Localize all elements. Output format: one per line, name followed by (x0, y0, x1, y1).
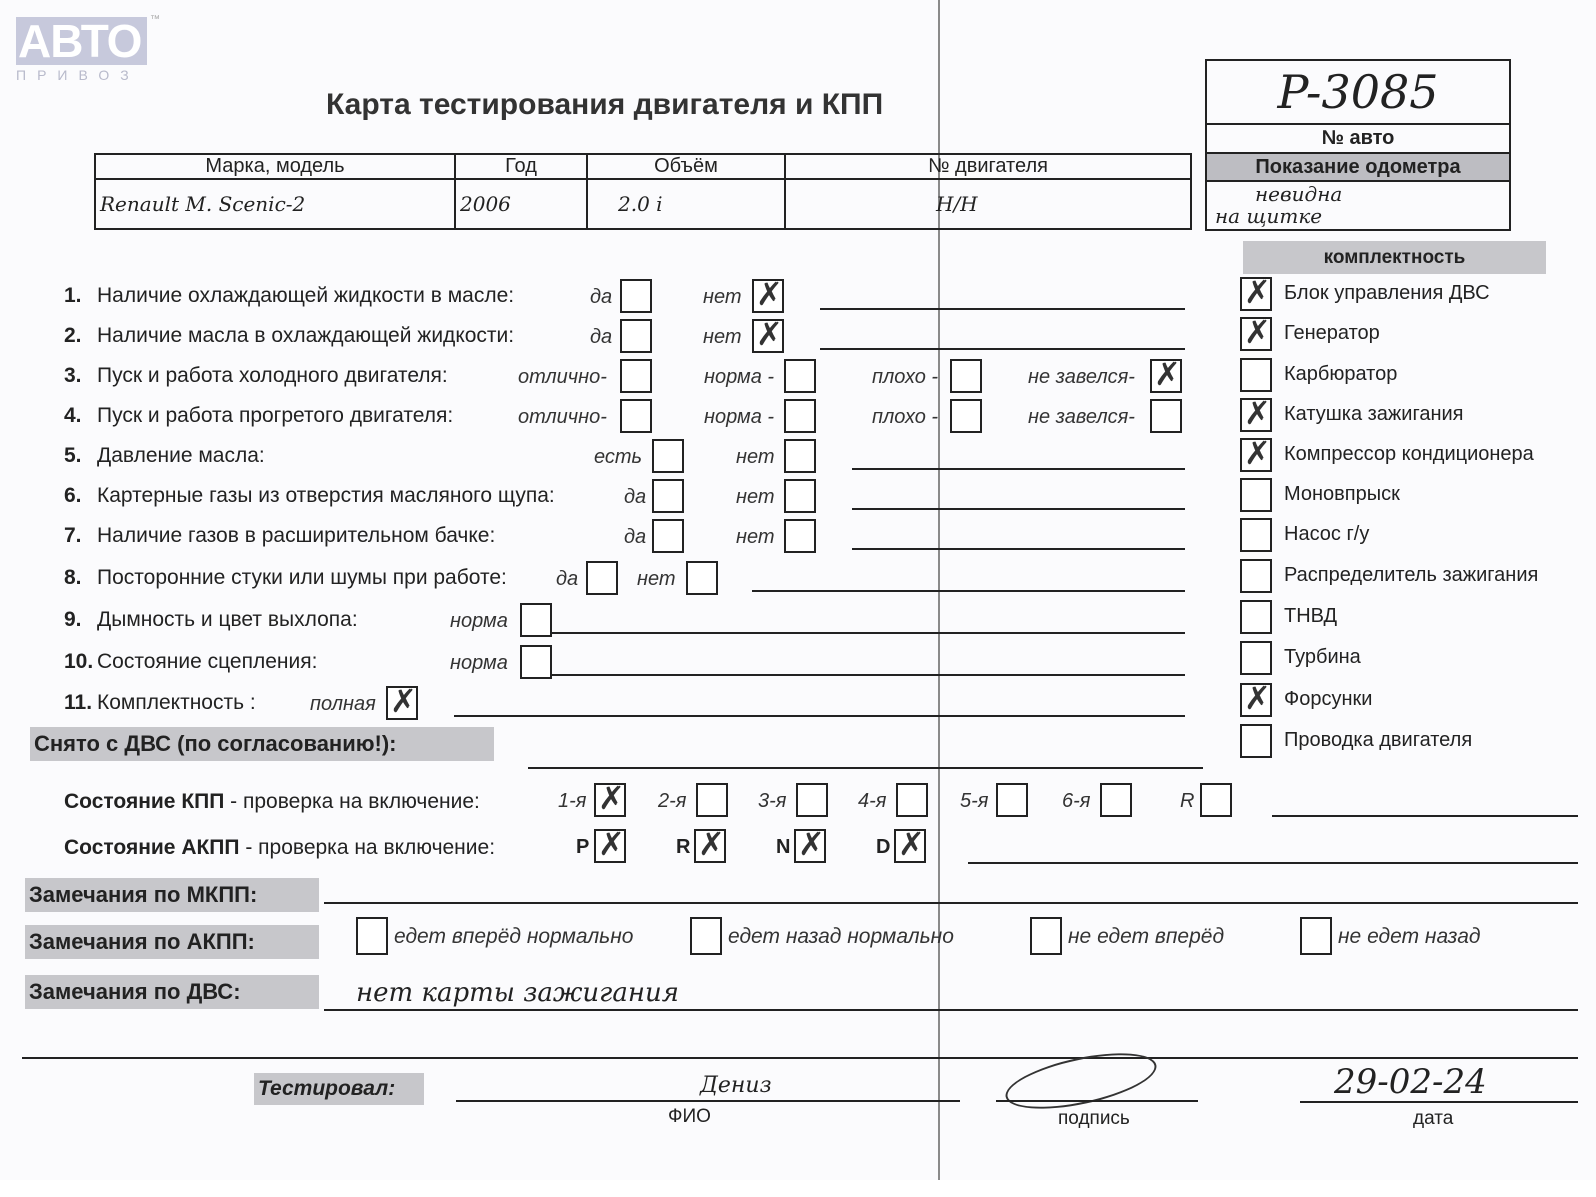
kit-item-label: Турбина (1284, 646, 1361, 669)
question-number: 6. (64, 484, 82, 508)
option-checkbox[interactable] (1150, 399, 1182, 433)
option-checkbox[interactable] (386, 686, 418, 720)
option-checkbox[interactable] (686, 561, 718, 595)
akpp-remark-label: едет назад нормально (728, 925, 954, 949)
option-checkbox[interactable] (620, 399, 652, 433)
question-number: 3. (64, 364, 82, 388)
question-number: 2. (64, 324, 82, 348)
question-text: Посторонние стуки или шумы при работе: (97, 566, 507, 590)
logo-sub: ПРИВОЗ (16, 67, 140, 83)
akpp-remark-checkbox[interactable] (356, 917, 388, 955)
option-label: полная (310, 693, 376, 716)
removed-line[interactable] (528, 767, 1203, 769)
mode-checkbox[interactable] (894, 829, 926, 863)
akpp-remarks-label: Замечания по АКПП: (25, 925, 319, 959)
mkpp-remarks-label: Замечания по МКПП: (25, 878, 319, 912)
option-checkbox[interactable] (620, 279, 652, 313)
manual-gearbox-line[interactable] (1272, 815, 1578, 817)
signature-caption: подпись (1058, 1108, 1130, 1130)
option-checkbox[interactable] (652, 439, 684, 473)
akpp-remark-label: не едет назад (1338, 925, 1480, 949)
question-number: 1. (64, 284, 82, 308)
date-line (1300, 1101, 1578, 1103)
mode-checkbox[interactable] (594, 829, 626, 863)
question-number: 8. (64, 566, 82, 590)
col-volume: Объём (587, 154, 785, 179)
gear-checkbox[interactable] (1100, 783, 1132, 817)
gear-label: 2-я (658, 790, 686, 813)
question-text: Давление масла: (97, 444, 265, 468)
auto-number-box: P-3085 № авто Показание одометра невидна… (1205, 59, 1511, 231)
kit-item-label: Насос г/у (1284, 523, 1369, 546)
option-label: нет (736, 526, 775, 549)
mode-label: D (876, 836, 890, 859)
comment-line[interactable] (852, 468, 1185, 470)
comment-line[interactable] (852, 548, 1185, 550)
kit-item-label: Компрессор кондиционера (1284, 443, 1534, 466)
kit-checkbox[interactable] (1240, 518, 1272, 552)
kit-checkbox[interactable] (1240, 683, 1272, 717)
option-checkbox[interactable] (652, 479, 684, 513)
kit-checkbox[interactable] (1240, 317, 1272, 351)
removed-label: Снято с ДВС (по согласованию!): (30, 727, 494, 761)
kit-checkbox[interactable] (1240, 559, 1272, 593)
comment-line[interactable] (454, 715, 1185, 717)
gear-checkbox[interactable] (996, 783, 1028, 817)
comment-line[interactable] (820, 308, 1185, 310)
tested-by-label: Тестировал: (254, 1073, 424, 1105)
kit-item-label: Катушка зажигания (1284, 403, 1464, 426)
tester-name-value[interactable]: Дениз (700, 1073, 772, 1098)
option-label: да (624, 486, 646, 509)
option-label: плохо - (872, 406, 938, 429)
option-checkbox[interactable] (620, 359, 652, 393)
option-checkbox[interactable] (784, 519, 816, 553)
year-value[interactable]: 2006 (455, 179, 587, 229)
option-label: норма (450, 610, 508, 633)
option-label: отлично- (518, 366, 607, 389)
gear-label: 6-я (1062, 790, 1090, 813)
option-label: норма - (704, 366, 774, 389)
option-label: да (556, 568, 578, 591)
gear-checkbox[interactable] (696, 783, 728, 817)
option-checkbox[interactable] (520, 645, 552, 679)
mkpp-remarks-line[interactable] (324, 902, 1578, 904)
kit-item-label: Блок управления ДВС (1284, 282, 1490, 305)
manual-gearbox-label: Состояние КПП - проверка на включение: (64, 790, 480, 814)
question-text: Комплектность : (97, 691, 256, 715)
question-text: Картерные газы из отверстия масляного щу… (97, 484, 555, 508)
auto-gearbox-line[interactable] (968, 862, 1578, 864)
signature-line (996, 1100, 1198, 1102)
option-label: нет (703, 326, 742, 349)
option-label: нет (637, 568, 676, 591)
engine-number-value[interactable]: H/H (785, 179, 1191, 229)
question-text: Пуск и работа прогретого двигателя: (97, 404, 453, 428)
kit-item-label: Карбюратор (1284, 363, 1397, 386)
odometer-value[interactable]: невидна на щитке (1215, 183, 1505, 227)
kit-checkbox[interactable] (1240, 438, 1272, 472)
kit-item-label: Генератор (1284, 322, 1380, 345)
question-text: Пуск и работа холодного двигателя: (97, 364, 448, 388)
vehicle-info-table: Марка, модель Год Объём № двигателя Rena… (94, 153, 1192, 230)
kit-item-label: ТНВД (1284, 605, 1337, 628)
gear-checkbox[interactable] (796, 783, 828, 817)
mode-checkbox[interactable] (694, 829, 726, 863)
question-number: 5. (64, 444, 82, 468)
option-checkbox[interactable] (784, 399, 816, 433)
gear-label: 3-я (758, 790, 786, 813)
question-text: Наличие охлаждающей жидкости в масле: (97, 284, 514, 308)
akpp-remark-label: не едет вперёд (1068, 925, 1224, 949)
kit-item-label: Моновпрыск (1284, 483, 1400, 506)
option-label: не завелся- (1028, 406, 1135, 429)
kit-item-label: Форсунки (1284, 688, 1372, 711)
question-text: Наличие масла в охлаждающей жидкости: (97, 324, 514, 348)
option-checkbox[interactable] (784, 479, 816, 513)
option-checkbox[interactable] (784, 439, 816, 473)
logo-tm: ™ (150, 14, 160, 25)
question-text: Состояние сцепления: (97, 650, 317, 674)
col-year: Год (455, 154, 587, 179)
option-checkbox[interactable] (586, 561, 618, 595)
question-number: 11. (64, 691, 92, 715)
question-number: 7. (64, 524, 82, 548)
gear-label: 5-я (960, 790, 988, 813)
kit-checkbox[interactable] (1240, 398, 1272, 432)
mode-label: R (676, 836, 690, 859)
dvs-remarks-value[interactable]: нет карты зажигания (356, 978, 679, 1008)
kit-item-label: Проводка двигателя (1284, 729, 1472, 752)
option-checkbox[interactable] (752, 279, 784, 313)
question-text: Дымность и цвет выхлопа: (97, 608, 358, 632)
completeness-title: комплектность (1243, 241, 1546, 274)
option-checkbox[interactable] (950, 399, 982, 433)
mode-label: N (776, 836, 790, 859)
option-label: норма - (704, 406, 774, 429)
option-checkbox[interactable] (1150, 359, 1182, 393)
col-make-model: Марка, модель (95, 154, 455, 179)
gear-checkbox[interactable] (896, 783, 928, 817)
akpp-remark-checkbox[interactable] (690, 917, 722, 955)
question-number: 9. (64, 608, 82, 632)
question-number: 4. (64, 404, 82, 428)
kit-checkbox[interactable] (1240, 600, 1272, 634)
odometer-label: Показание одометра (1207, 154, 1509, 182)
auto-number-label: № авто (1207, 125, 1509, 154)
option-label: нет (736, 446, 775, 469)
kit-checkbox[interactable] (1240, 358, 1272, 392)
dvs-remarks-label: Замечания по ДВС: (25, 975, 319, 1009)
page-title: Карта тестирования двигателя и КПП (326, 88, 883, 122)
option-label: да (590, 286, 612, 309)
volume-value[interactable]: 2.0 i (587, 179, 785, 229)
question-number: 10. (64, 650, 93, 674)
kit-checkbox[interactable] (1240, 277, 1272, 311)
question-text: Наличие газов в расширительном бачке: (97, 524, 495, 548)
option-label: да (590, 326, 612, 349)
date-caption: дата (1413, 1108, 1453, 1130)
logo-main: АВТО (18, 14, 141, 68)
comment-line[interactable] (820, 348, 1185, 350)
option-label: есть (594, 446, 642, 469)
comment-line[interactable] (852, 508, 1185, 510)
make-model-value[interactable]: Renault M. Scenic-2 (95, 179, 455, 229)
akpp-remark-label: едет вперёд нормально (394, 925, 633, 949)
option-checkbox[interactable] (620, 319, 652, 353)
option-label: норма (450, 652, 508, 675)
mode-checkbox[interactable] (794, 829, 826, 863)
option-label: отлично- (518, 406, 607, 429)
option-label: не завелся- (1028, 366, 1135, 389)
option-label: нет (736, 486, 775, 509)
gear-label: R (1180, 790, 1194, 813)
mode-label: P (576, 836, 589, 859)
separator-line (22, 1057, 1578, 1059)
option-checkbox[interactable] (520, 603, 552, 637)
name-caption: ФИО (668, 1106, 711, 1128)
kit-checkbox[interactable] (1240, 478, 1272, 512)
kit-item-label: Распределитель зажигания (1284, 564, 1538, 587)
akpp-remark-checkbox[interactable] (1300, 917, 1332, 955)
date-value[interactable]: 29-02-24 (1334, 1062, 1487, 1102)
kit-checkbox[interactable] (1240, 724, 1272, 758)
option-checkbox[interactable] (652, 519, 684, 553)
dvs-remarks-line (324, 1009, 1578, 1011)
auto-number-value[interactable]: P-3085 (1207, 61, 1509, 125)
col-engine-number: № двигателя (785, 154, 1191, 179)
gear-checkbox[interactable] (594, 783, 626, 817)
option-checkbox[interactable] (752, 319, 784, 353)
kit-checkbox[interactable] (1240, 641, 1272, 675)
option-label: плохо - (872, 366, 938, 389)
comment-line[interactable] (752, 590, 1185, 592)
name-line (456, 1100, 960, 1102)
option-checkbox[interactable] (784, 359, 816, 393)
comment-line[interactable] (552, 674, 1185, 676)
gear-label: 4-я (858, 790, 886, 813)
akpp-remark-checkbox[interactable] (1030, 917, 1062, 955)
gear-label: 1-я (558, 790, 586, 813)
gear-checkbox[interactable] (1200, 783, 1232, 817)
option-label: да (624, 526, 646, 549)
option-label: нет (703, 286, 742, 309)
comment-line[interactable] (552, 632, 1185, 634)
auto-gearbox-label: Состояние АКПП - проверка на включение: (64, 836, 495, 860)
option-checkbox[interactable] (950, 359, 982, 393)
